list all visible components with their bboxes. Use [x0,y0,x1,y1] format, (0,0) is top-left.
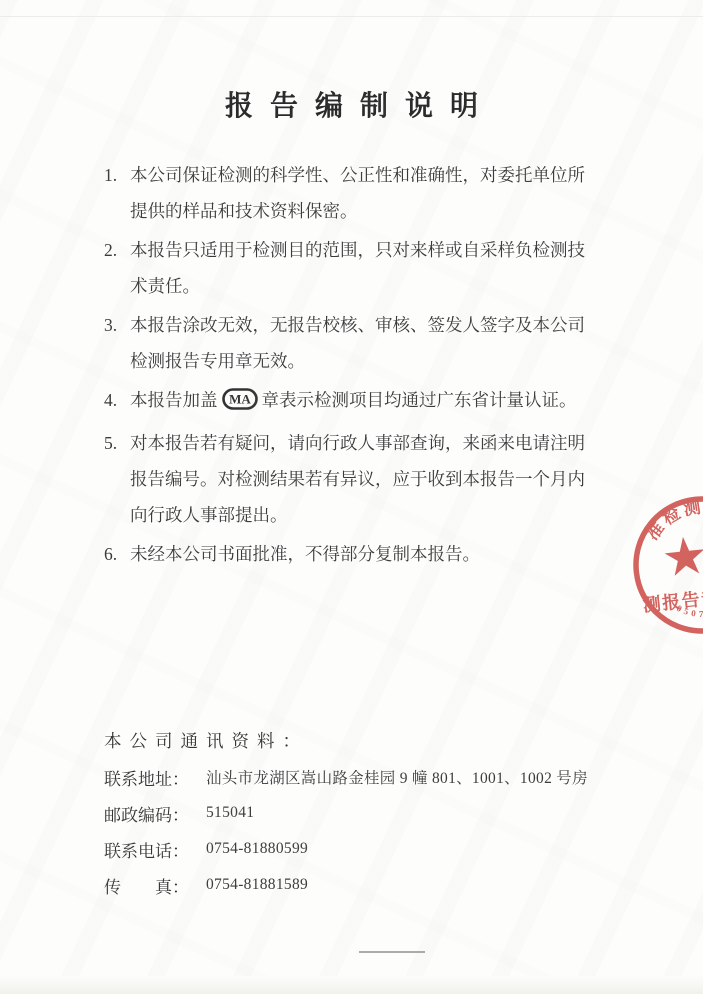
note-number: 4. [104,382,130,422]
contact-row-address: 联系地址： 汕头市龙湖区嵩山路金桂园 9 幢 801、1001、1002 号房 [104,759,703,795]
contact-label: 联系电话： [104,837,206,862]
footer-line [359,951,425,953]
seal-serial-number: 0507002 [674,598,703,622]
contact-value: 0754-81880599 [206,840,308,858]
note-item: 4. 本报告加盖MA章表示检测项目均通过广东省计量认证。 [104,382,598,422]
note-item: 3. 本报告涂改无效，无报告校核、审核、签发人签字及本公司检测报告专用章无效。 [104,307,598,379]
note-text-before-logo: 本报告加盖 [130,390,218,410]
notes-list: 1. 本公司保证检测的科学性、公正性和准确性，对委托单位所提供的样品和技术资料保… [104,157,598,572]
note-text: 未经本公司书面批准，不得部分复制本报告。 [130,536,598,572]
note-number: 1. [104,157,130,229]
note-item: 5. 对本报告若有疑问，请向行政人事部查询，来函来电请注明报告编号。对检测结果若… [104,425,598,533]
star-icon [663,535,703,577]
note-item: 2. 本报告只适用于检测目的范围，只对来样或自采样负检测技术责任。 [104,232,598,304]
note-text: 本报告涂改无效，无报告校核、审核、签发人签字及本公司检测报告专用章无效。 [130,307,598,379]
scan-edge-line [0,16,703,17]
note-text: 本报告加盖MA章表示检测项目均通过广东省计量认证。 [130,382,598,422]
note-number: 2. [104,232,130,304]
note-number: 6. [104,536,130,572]
cma-mark-icon: MA [222,386,258,422]
seal-center-text: 测报告专 [642,586,703,615]
contact-label: 邮政编码： [104,801,206,826]
note-text-after-logo: 章表示检测项目均通过广东省计量认证。 [262,390,577,410]
page-title: 报告编制说明 [0,0,703,124]
contact-label: 联系地址： [104,765,206,790]
red-seal-stamp: 准检测 测报告专 0507002 [627,487,703,649]
contact-value: 515041 [206,804,254,822]
contact-section: 本公司通讯资料： 联系地址： 汕头市龙湖区嵩山路金桂园 9 幢 801、1001… [104,723,703,903]
contact-value: 0754-81881589 [206,876,308,894]
contact-label: 传 真： [104,873,206,898]
note-number: 3. [104,307,130,379]
contact-row-fax: 传 真： 0754-81881589 [104,867,703,903]
svg-text:准检测: 准检测 [639,497,703,545]
contact-heading: 本公司通讯资料： [104,723,703,759]
contact-row-phone: 联系电话： 0754-81880599 [104,831,703,867]
contact-row-postcode: 邮政编码： 515041 [104,795,703,831]
note-item: 6. 未经本公司书面批准，不得部分复制本报告。 [104,536,598,572]
note-number: 5. [104,425,130,533]
scan-bottom-band [0,976,703,994]
note-item: 1. 本公司保证检测的科学性、公正性和准确性，对委托单位所提供的样品和技术资料保… [104,157,598,229]
seal-arc-text: 准检测 [639,497,703,545]
seal-ring [629,492,703,637]
note-text: 对本报告若有疑问，请向行政人事部查询，来函来电请注明报告编号。对检测结果若有异议… [130,425,598,533]
contact-value: 汕头市龙湖区嵩山路金桂园 9 幢 801、1001、1002 号房 [206,766,588,788]
note-text: 本公司保证检测的科学性、公正性和准确性，对委托单位所提供的样品和技术资料保密。 [130,157,598,229]
svg-text:0507002: 0507002 [674,598,703,622]
note-text: 本报告只适用于检测目的范围，只对来样或自采样负检测技术责任。 [130,232,598,304]
cma-letters: MA [229,392,251,407]
